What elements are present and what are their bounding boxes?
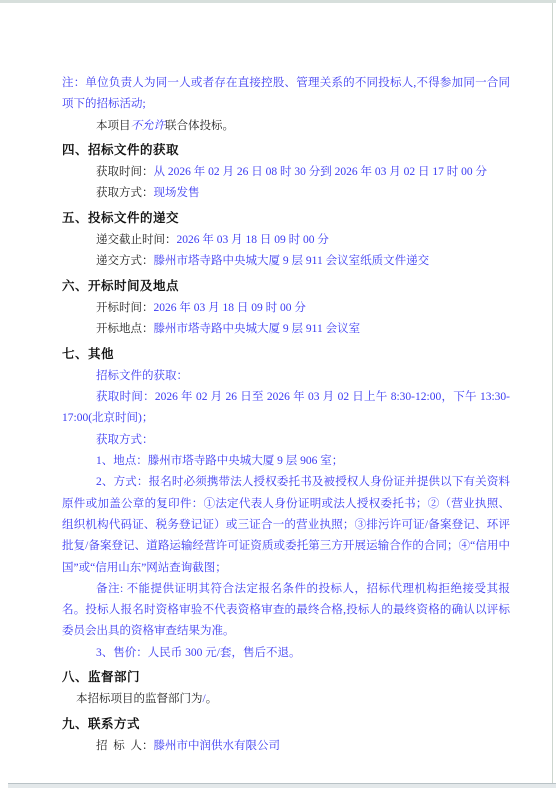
other-item-location: 1、地点：滕州市塔寺路中央城大厦 9 层 906 室； <box>62 451 510 472</box>
supervision-suffix: 。 <box>206 693 218 705</box>
joint-bid-statement: 本项目不允许联合体投标。 <box>62 116 510 137</box>
page-top-edge <box>0 0 556 3</box>
bidder-value: 滕州市中润供水有限公司 <box>154 740 281 752</box>
section-heading-8: 八、监督部门 <box>62 667 510 688</box>
acquire-time-value: 从 2026 年 02 月 26 日 08 时 30 分到 2026 年 03 … <box>154 166 488 178</box>
supervision-prefix: 本招标项目的监督部门为 <box>76 693 203 705</box>
submit-deadline-label: 递交截止时间： <box>96 234 177 246</box>
acquire-method-row: 获取方式：现场发售 <box>62 183 510 204</box>
acquire-method-value: 现场发售 <box>154 187 200 199</box>
acquire-time-label: 获取时间： <box>96 166 154 178</box>
submit-deadline-row: 递交截止时间：2026 年 03 月 18 日 09 时 00 分 <box>62 230 510 251</box>
submit-deadline-value: 2026 年 03 月 18 日 09 时 00 分 <box>177 234 329 246</box>
page-bottom-edge <box>8 783 556 788</box>
other-acquire-title: 招标文件的获取： <box>62 366 510 387</box>
acquire-time-row: 获取时间：从 2026 年 02 月 26 日 08 时 30 分到 2026 … <box>62 162 510 183</box>
joint-bid-emphasis: 不允许 <box>131 120 166 132</box>
other-item-price: 3、售价：人民币 300 元/套，售后不退。 <box>62 643 510 664</box>
joint-bid-suffix: 联合体投标。 <box>165 120 234 132</box>
joint-bid-prefix: 本项目 <box>96 120 131 132</box>
page-content: 注：单位负责人为同一人或者存在直接控股、管理关系的不同投标人,不得参加同一合同项… <box>62 73 510 757</box>
other-item-method: 2、方式：报名时必须携带法人授权委托书及被授权人身份证并提供以下有关资料原件或加… <box>62 472 510 578</box>
section-heading-7: 七、其他 <box>62 344 510 365</box>
other-acquire-time: 获取时间：2026 年 02 月 26 日至 2026 年 03 月 02 日上… <box>62 387 510 430</box>
opening-time-label: 开标时间： <box>96 302 154 314</box>
section-heading-6: 六、开标时间及地点 <box>62 276 510 297</box>
supervision-statement: 本招标项目的监督部门为/。 <box>62 689 510 710</box>
opening-time-row: 开标时间：2026 年 03 月 18 日 09 时 00 分 <box>62 298 510 319</box>
section-heading-9: 九、联系方式 <box>62 714 510 735</box>
page-right-edge <box>552 3 553 783</box>
note-paragraph: 注：单位负责人为同一人或者存在直接控股、管理关系的不同投标人,不得参加同一合同项… <box>62 73 510 116</box>
section-heading-4: 四、招标文件的获取 <box>62 140 510 161</box>
bidder-row: 招 标 人：滕州市中润供水有限公司 <box>62 736 510 757</box>
other-remark: 备注: 不能提供证明其符合法定报名条件的投标人，招标代理机构拒绝接受其报名。投标… <box>62 579 510 643</box>
document-page: 注：单位负责人为同一人或者存在直接控股、管理关系的不同投标人,不得参加同一合同项… <box>0 0 556 788</box>
submit-method-value: 滕州市塔寺路中央城大厦 9 层 911 会议室纸质文件递交 <box>154 255 430 267</box>
opening-place-label: 开标地点： <box>96 323 154 335</box>
other-acquire-method: 获取方式： <box>62 430 510 451</box>
opening-time-value: 2026 年 03 月 18 日 09 时 00 分 <box>154 302 306 314</box>
submit-method-label: 递交方式： <box>96 255 154 267</box>
acquire-method-label: 获取方式： <box>96 187 154 199</box>
submit-method-row: 递交方式：滕州市塔寺路中央城大厦 9 层 911 会议室纸质文件递交 <box>62 251 510 272</box>
bidder-label: 招 标 人： <box>96 740 154 752</box>
opening-place-row: 开标地点：滕州市塔寺路中央城大厦 9 层 911 会议室 <box>62 319 510 340</box>
opening-place-value: 滕州市塔寺路中央城大厦 9 层 911 会议室 <box>154 323 361 335</box>
section-heading-5: 五、投标文件的递交 <box>62 208 510 229</box>
